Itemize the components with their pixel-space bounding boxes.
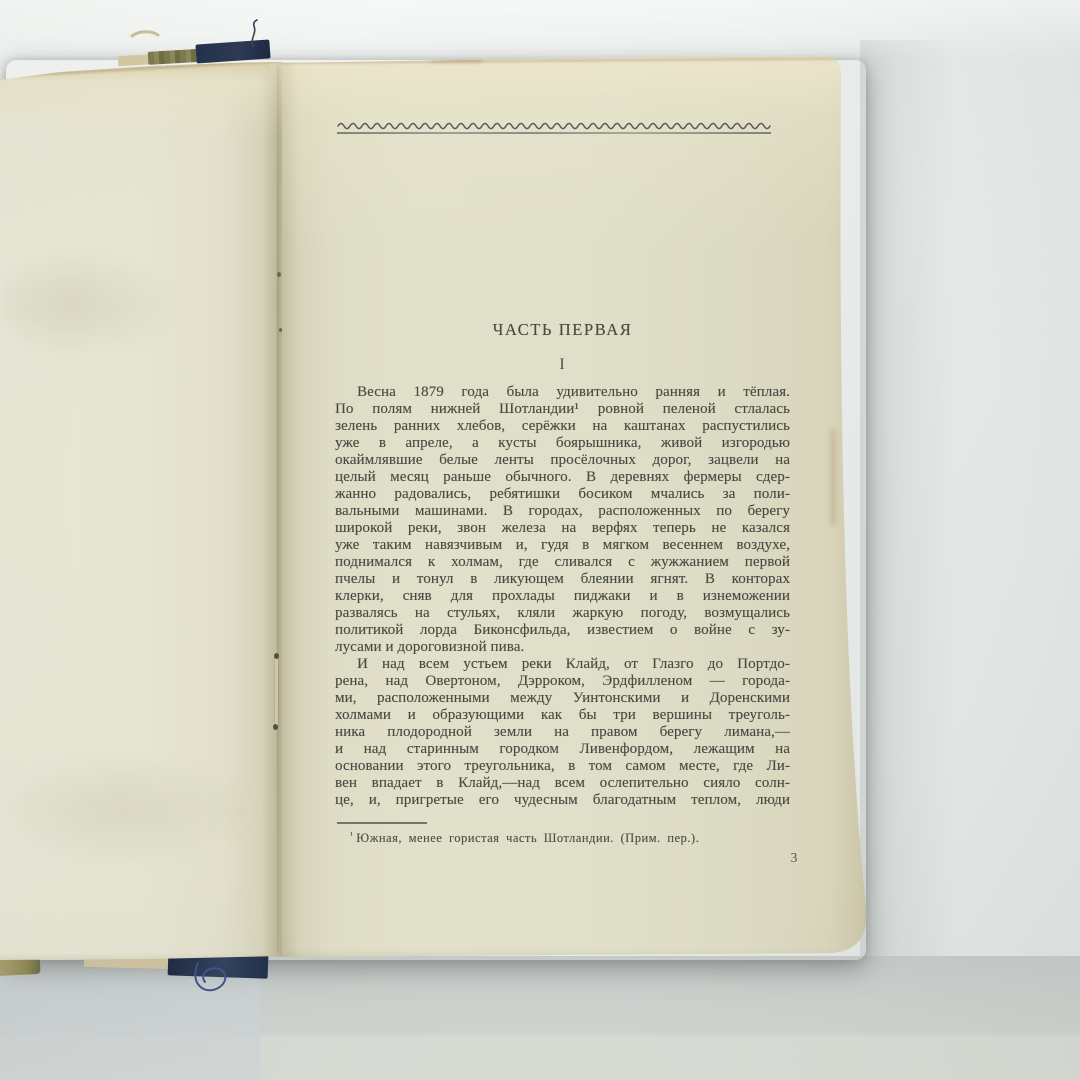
threads-overlay [0, 0, 1080, 1080]
top-thread-icon [252, 20, 257, 46]
book-photo: ЧАСТЬ ПЕРВАЯ I Весна 1879 года была удив… [0, 0, 1080, 1080]
top-paper-curl-icon [132, 32, 158, 36]
bottom-thread-loop-icon [195, 963, 225, 990]
